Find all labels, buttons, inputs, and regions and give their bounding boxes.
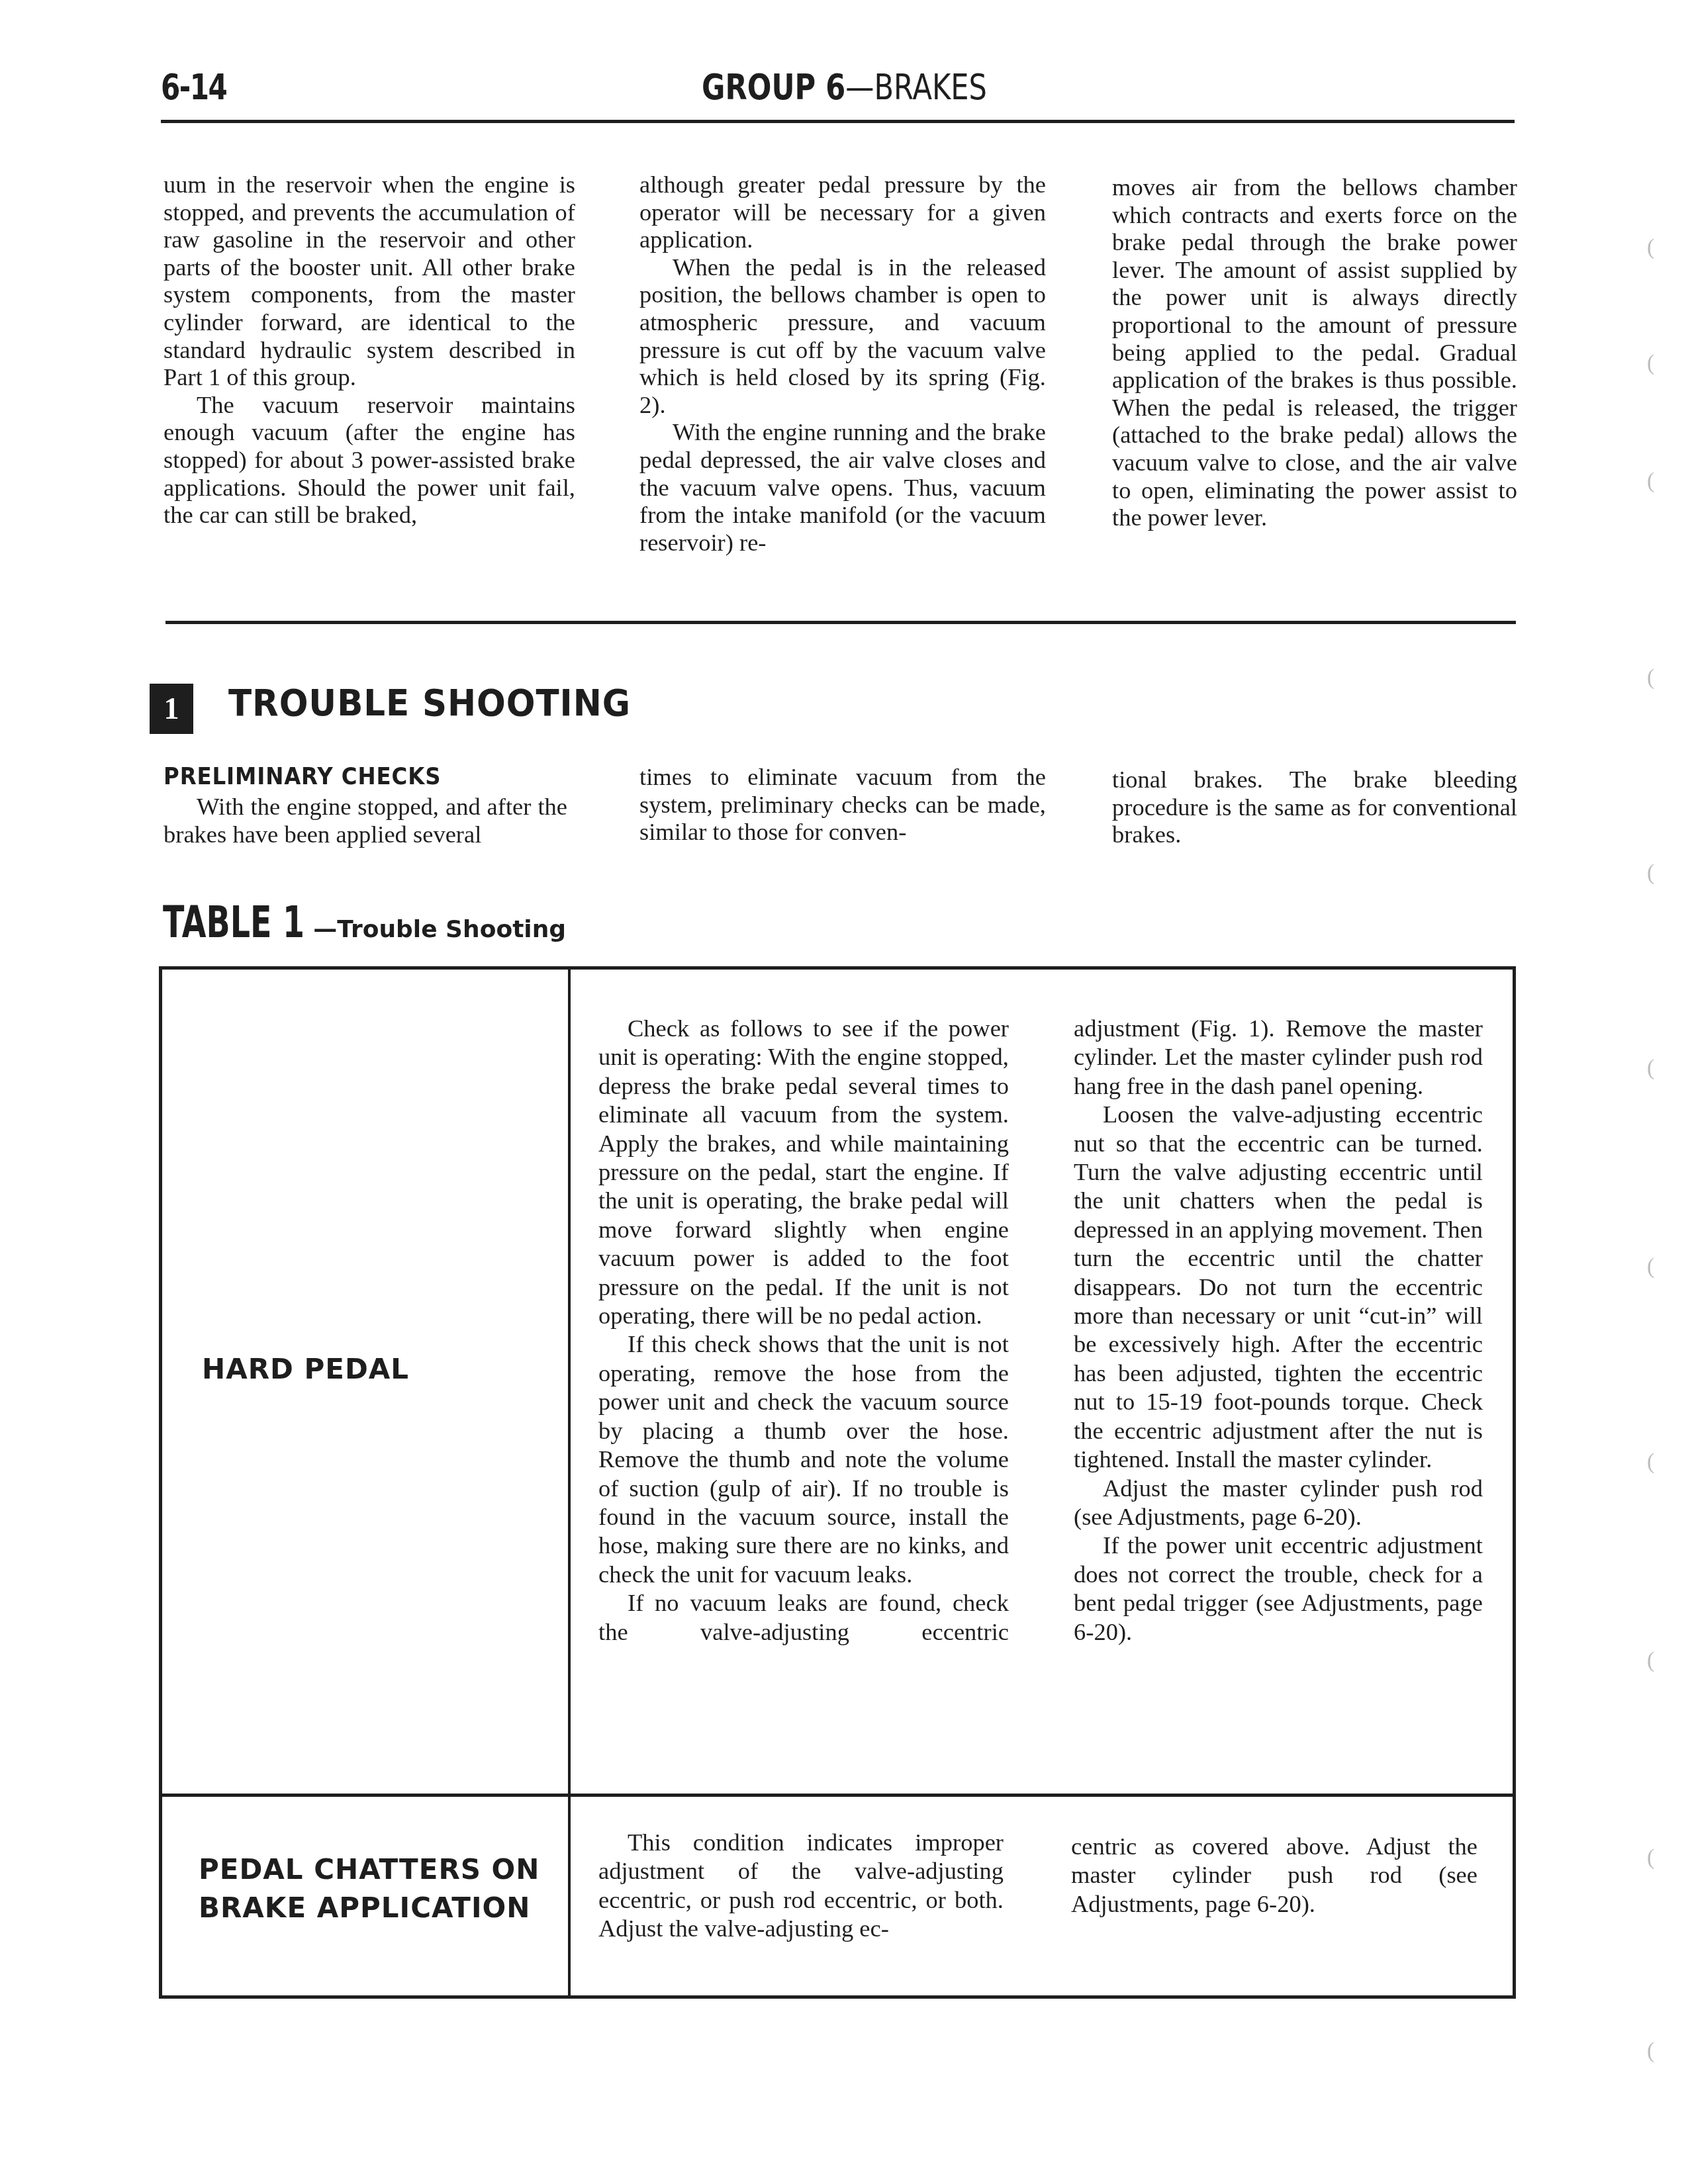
header-rule [161,120,1515,123]
remedy-pedal-chatters-column-1: This condition indicates improper adjust… [598,1828,1004,1943]
paragraph: If this check shows that the unit is not… [598,1330,1009,1588]
table-column-divider [568,966,571,1999]
table-row-divider [159,1794,1516,1797]
group-label: GROUP 6 [702,66,845,108]
paragraph: adjustment (Fig. 1). Remove the master c… [1074,1014,1483,1100]
page-number: 6-14 [161,66,226,108]
paragraph: If no vacuum leaks are found, check the … [598,1588,1009,1646]
preliminary-column-2: times to eliminate vacuum from the syste… [639,763,1046,846]
condition-line: PEDAL CHATTERS ON [199,1850,539,1889]
paragraph: Loosen the valve-adjusting eccentric nut… [1074,1100,1483,1473]
paragraph: moves air from the bellows chamber which… [1112,173,1517,531]
group-separator: — [845,66,874,108]
paragraph: When the pedal is in the released positi… [639,253,1046,419]
binding-mark-icon: ( [1647,1254,1654,1279]
section-title: TROUBLE SHOOTING [228,682,631,725]
subheading-preliminary-checks: PRELIMINARY CHECKS [164,763,441,790]
binding-mark-icon: ( [1647,1845,1654,1870]
paragraph: times to eliminate vacuum from the syste… [639,763,1046,846]
paragraph: Check as follows to see if the power uni… [598,1014,1009,1330]
paragraph: although greater pedal pressure by the o… [639,171,1046,253]
group-title: BRAKES [874,66,987,108]
section-number-badge: 1 [150,684,193,734]
paragraph: This condition indicates improper adjust… [598,1828,1004,1943]
condition-hard-pedal: HARD PEDAL [202,1350,409,1388]
paragraph: If the power unit eccentric adjustment d… [1074,1531,1483,1646]
intro-column-3: moves air from the bellows chamber which… [1112,173,1517,531]
intro-column-2: although greater pedal pressure by the o… [639,171,1046,556]
binding-mark-icon: ( [1647,2038,1654,2064]
paragraph: tional brakes. The brake bleeding proced… [1112,766,1517,848]
table-caption: TABLE 1—Trouble Shooting [163,897,566,948]
table-caption-number: TABLE 1 [163,897,305,948]
binding-mark-icon: ( [1647,860,1654,886]
paragraph: With the engine running and the brake pe… [639,418,1046,556]
running-head: GROUP 6—BRAKES [702,66,987,108]
binding-mark-icon: ( [1647,665,1654,690]
table-caption-separator: — [313,916,337,943]
binding-mark-icon: ( [1647,1449,1654,1475]
paragraph: With the engine stopped, and after the b… [164,793,567,848]
binding-mark-icon: ( [1647,469,1654,494]
condition-line: BRAKE APPLICATION [199,1889,539,1927]
preliminary-column-3: tional brakes. The brake bleeding proced… [1112,766,1517,848]
binding-mark-icon: ( [1647,1056,1654,1081]
paragraph: The vacuum reservoir maintains enough va… [164,391,575,529]
remedy-pedal-chatters-column-2: centric as covered above. Adjust the mas… [1071,1832,1477,1918]
binding-mark-icon: ( [1647,235,1654,260]
preliminary-column-1: With the engine stopped, and after the b… [164,793,567,848]
remedy-hard-pedal-column-2: adjustment (Fig. 1). Remove the master c… [1074,1014,1483,1646]
remedy-hard-pedal-column-1: Check as follows to see if the power uni… [598,1014,1009,1646]
paragraph: uum in the reservoir when the engine is … [164,171,575,391]
paragraph: centric as covered above. Adjust the mas… [1071,1832,1477,1918]
binding-mark-icon: ( [1647,1648,1654,1673]
section-rule [165,621,1516,624]
paragraph: Adjust the master cylinder push rod (see… [1074,1474,1483,1531]
condition-pedal-chatters: PEDAL CHATTERS ON BRAKE APPLICATION [199,1850,539,1927]
binding-mark-icon: ( [1647,351,1654,376]
intro-column-1: uum in the reservoir when the engine is … [164,171,575,529]
table-caption-title: Trouble Shooting [337,916,566,943]
